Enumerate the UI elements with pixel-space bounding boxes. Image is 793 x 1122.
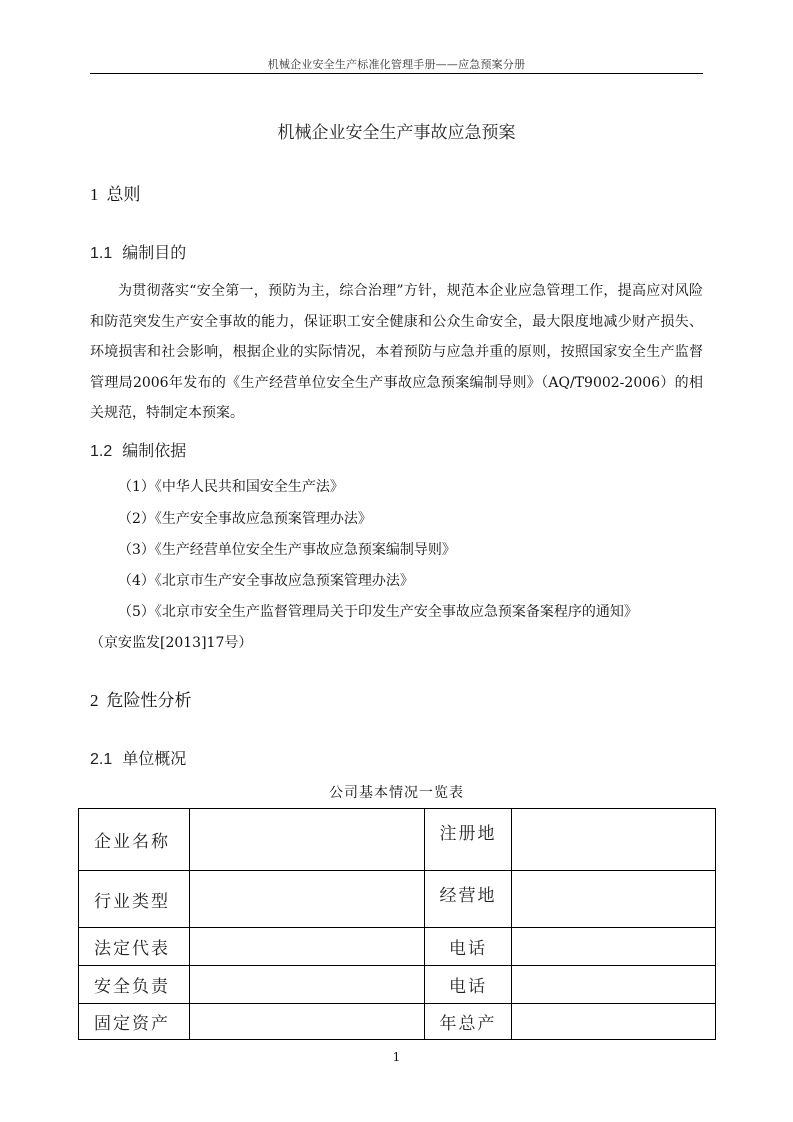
header-divider xyxy=(90,73,703,74)
table-row: 企业名称 注册地 xyxy=(79,809,716,871)
table-label-cell: 年总产 xyxy=(425,1004,512,1040)
table-label-cell: 经营地 xyxy=(425,871,512,928)
table-value-cell[interactable] xyxy=(512,871,716,928)
table-label-cell: 注册地 xyxy=(425,809,512,871)
subsection-title: 编制依据 xyxy=(122,441,186,460)
subsection-heading-2-1: 2.1单位概况 xyxy=(90,746,186,769)
section-number: 2 xyxy=(90,691,99,710)
section-heading-1: 1总则 xyxy=(90,180,141,205)
table-row: 行业类型 经营地 xyxy=(79,871,716,928)
running-header: 机械企业安全生产标准化管理手册——应急预案分册 xyxy=(0,56,793,72)
table-label-cell: 法定代表 xyxy=(79,928,190,966)
reference-item: （1）《中华人民共和国安全生产法》 xyxy=(118,476,344,496)
table-value-cell[interactable] xyxy=(190,1004,425,1040)
section-number: 1 xyxy=(90,185,99,204)
table-value-cell[interactable] xyxy=(190,871,425,928)
table-label-cell: 企业名称 xyxy=(79,809,190,871)
reference-item: （5）《北京市安全生产监督管理局关于印发生产安全事故应急预案备案程序的通知》 xyxy=(118,601,638,621)
reference-item: （2）《生产安全事故应急预案管理办法》 xyxy=(118,508,372,528)
purpose-paragraph: 为贯彻落实“安全第一，预防为主，综合治理”方针，规范本企业应急管理工作，提高应对… xyxy=(90,276,703,429)
subsection-number: 2.1 xyxy=(90,751,112,768)
table-label-cell: 行业类型 xyxy=(79,871,190,928)
table-caption: 公司基本情况一览表 xyxy=(0,782,793,802)
table-value-cell[interactable] xyxy=(512,1004,716,1040)
reference-continuation: （京安监发[2013]17号） xyxy=(90,632,252,652)
table-value-cell[interactable] xyxy=(190,928,425,966)
table-label-cell: 固定资产 xyxy=(79,1004,190,1040)
table-label-cell: 电话 xyxy=(425,966,512,1004)
subsection-number: 1.2 xyxy=(90,443,112,460)
table-label-cell: 安全负责 xyxy=(79,966,190,1004)
table-row: 固定资产 年总产 xyxy=(79,1004,716,1040)
subsection-title: 单位概况 xyxy=(122,749,186,768)
reference-item: （4）《北京市生产安全事故应急预案管理办法》 xyxy=(118,570,414,590)
table-value-cell[interactable] xyxy=(512,809,716,871)
table-row: 法定代表 电话 xyxy=(79,928,716,966)
document-title: 机械企业安全生产事故应急预案 xyxy=(0,118,793,143)
section-heading-2: 2危险性分析 xyxy=(90,686,192,711)
section-title: 总则 xyxy=(107,185,141,205)
page-number: 1 xyxy=(0,1050,793,1064)
company-info-table: 企业名称 注册地 行业类型 经营地 法定代表 电话 安全负责 电话 固定资产 年… xyxy=(78,808,716,1040)
subsection-heading-1-1: 1.1编制目的 xyxy=(90,240,186,263)
table-row: 安全负责 电话 xyxy=(79,966,716,1004)
section-title: 危险性分析 xyxy=(107,691,192,711)
table-value-cell[interactable] xyxy=(190,966,425,1004)
table-label-cell: 电话 xyxy=(425,928,512,966)
reference-item: （3）《生产经营单位安全生产事故应急预案编制导则》 xyxy=(118,539,456,559)
table-value-cell[interactable] xyxy=(512,966,716,1004)
table-value-cell[interactable] xyxy=(512,928,716,966)
subsection-title: 编制目的 xyxy=(122,243,186,262)
table-value-cell[interactable] xyxy=(190,809,425,871)
subsection-heading-1-2: 1.2编制依据 xyxy=(90,438,186,461)
subsection-number: 1.1 xyxy=(90,245,112,262)
